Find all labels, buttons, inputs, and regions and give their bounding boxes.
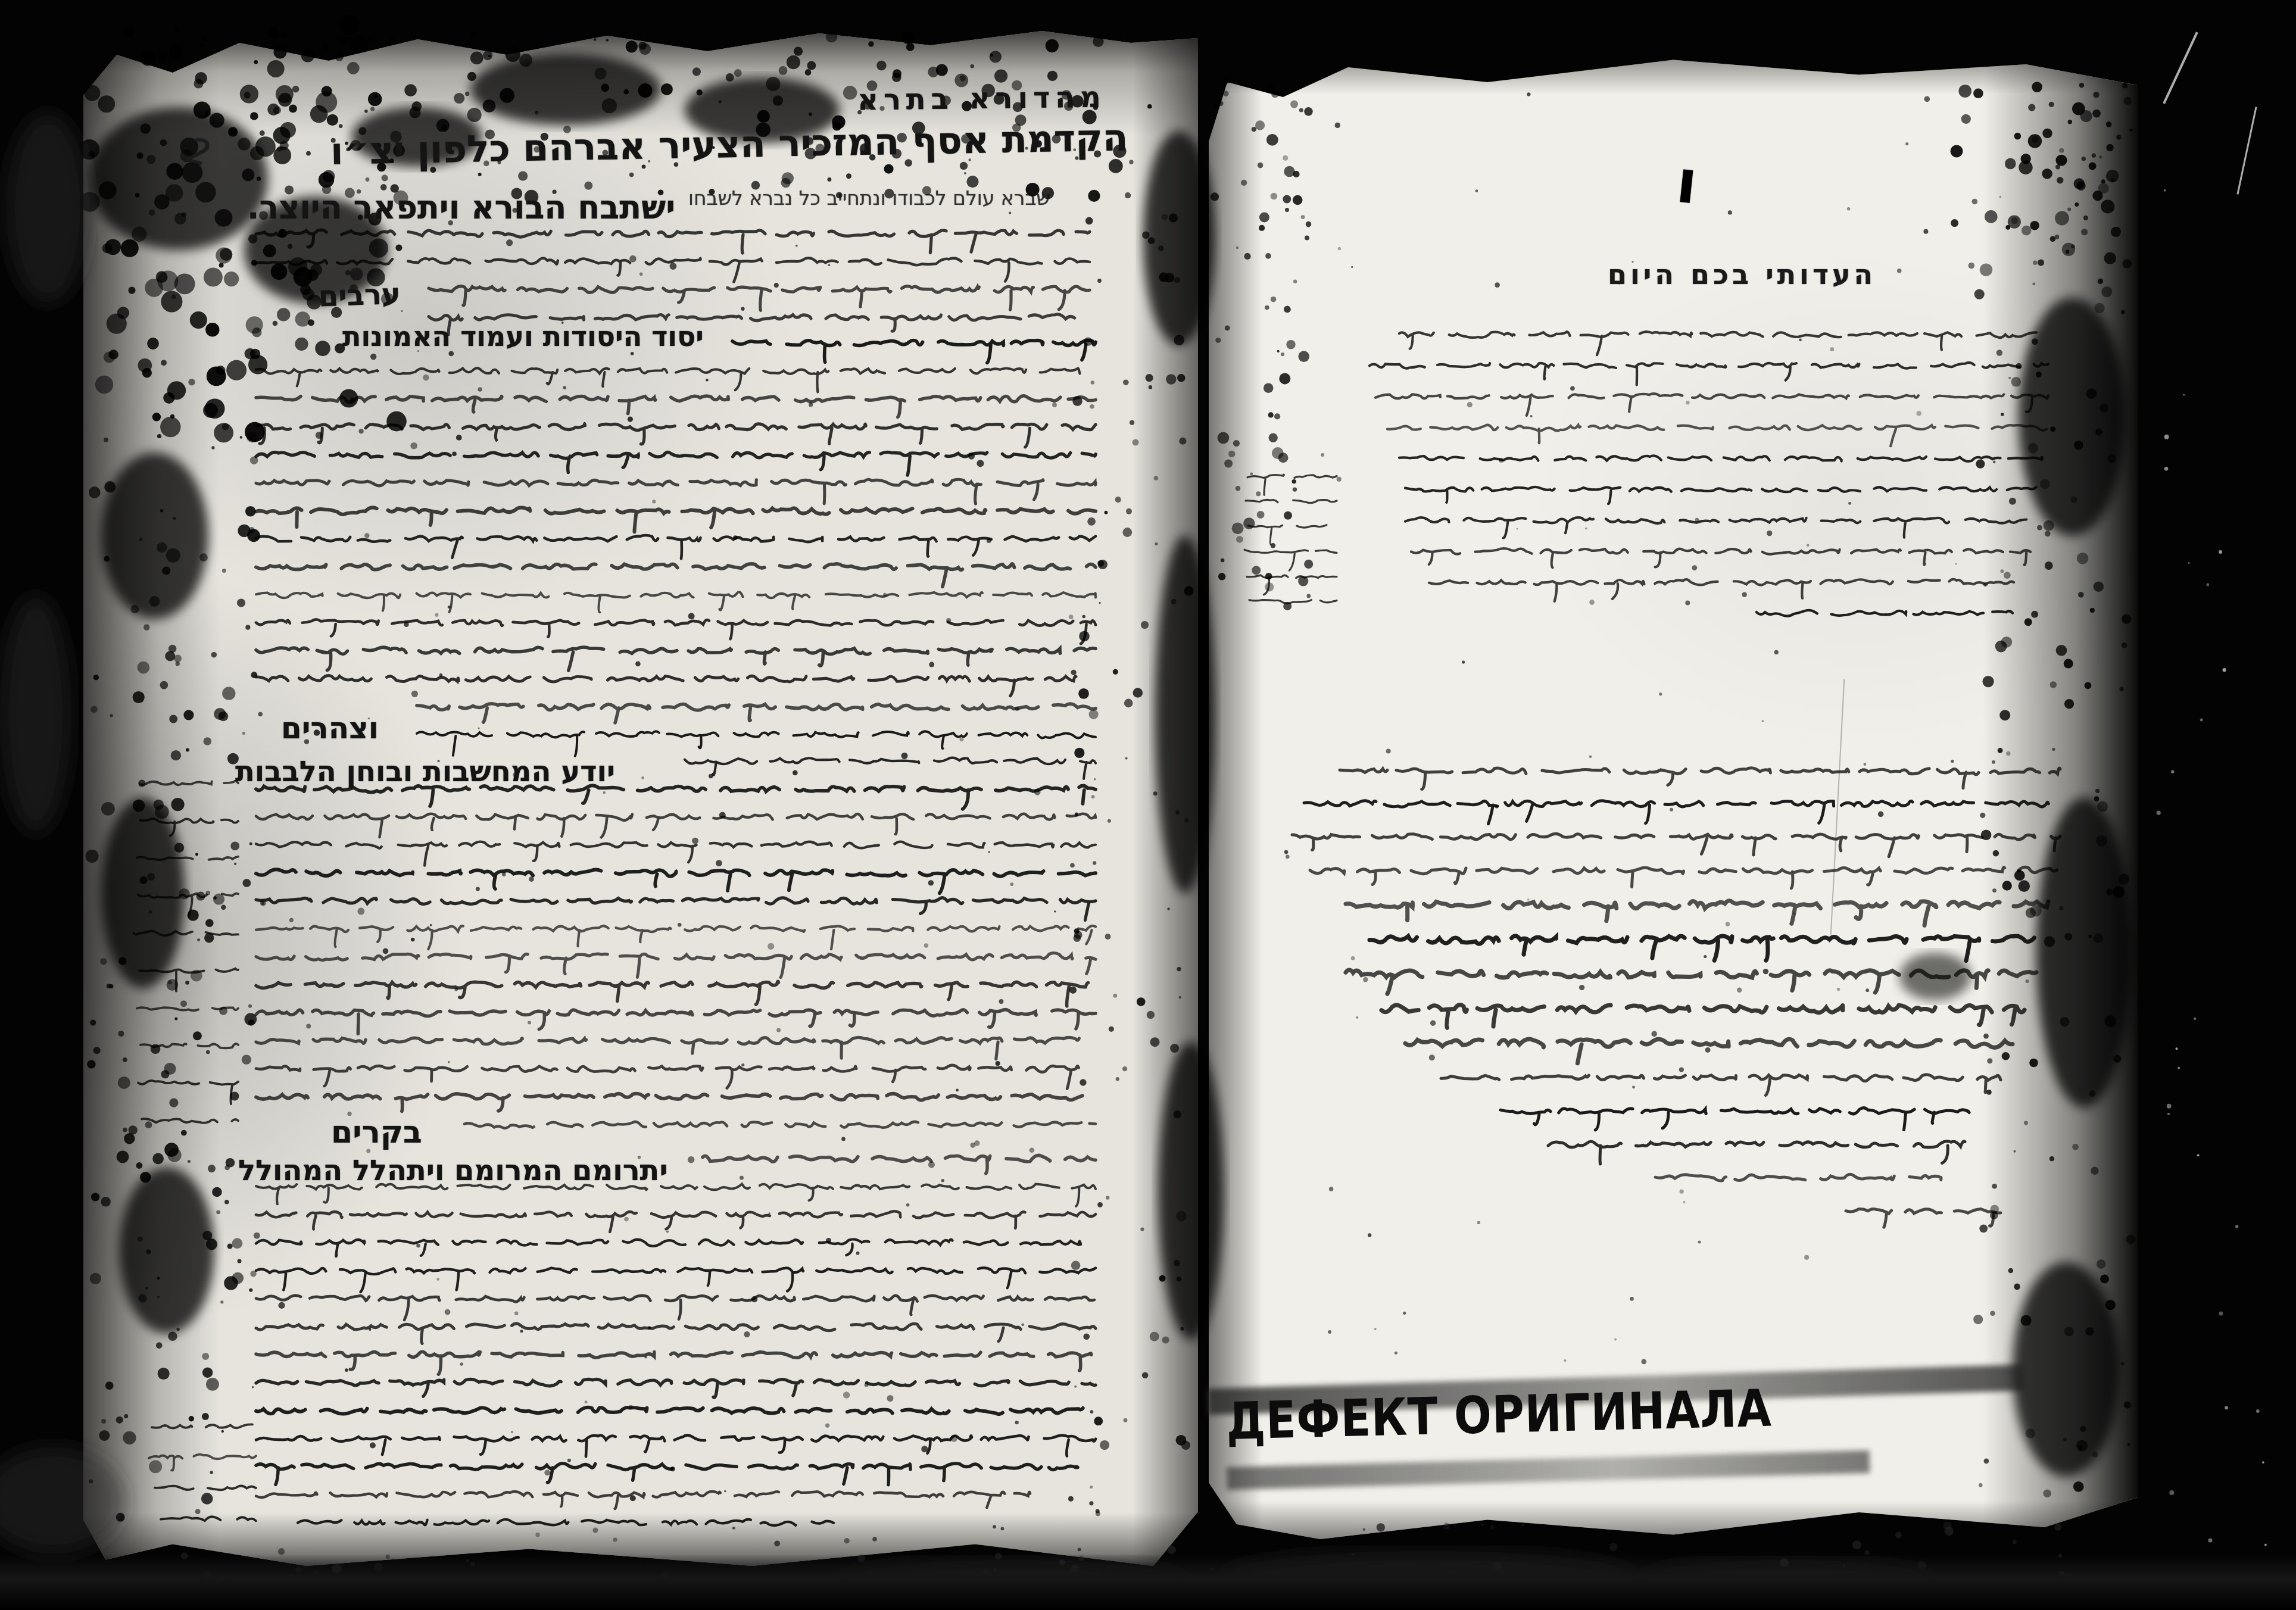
running-head: מהדורא בתרא	[857, 83, 1106, 114]
margin-word-3: בקרים	[331, 1117, 422, 1148]
margin-word-1: ערבים	[318, 280, 401, 311]
section-heading-3: יתרומם המרומם ויתהלל המהולל	[238, 1156, 668, 1185]
section-heading-2: יודע המחשבות ובוחן הלבבות	[235, 757, 615, 786]
right-page-heading: העדותי בכם היום	[1608, 261, 1876, 288]
incipit-line: ישתבח הבורא ויתפאר היוצר. שברא עולם לכבו…	[247, 192, 1050, 224]
incipit-bold-text: ישתבח הבורא ויתפאר היוצר.	[247, 192, 675, 224]
incipit-continuation-text: שברא עולם לכבודו ונתחייב כל נברא לשבחו	[688, 188, 1050, 208]
margin-word-2: וצהרים	[281, 713, 379, 743]
photo-background: 2 מהדורא בתרא הקדמת אסף המזכיר הצעיר אבר…	[0, 0, 2296, 1610]
bottom-edge-band	[0, 1554, 2296, 1610]
section-heading-1: יסוד היסודות ועמוד האמונות	[342, 323, 704, 350]
